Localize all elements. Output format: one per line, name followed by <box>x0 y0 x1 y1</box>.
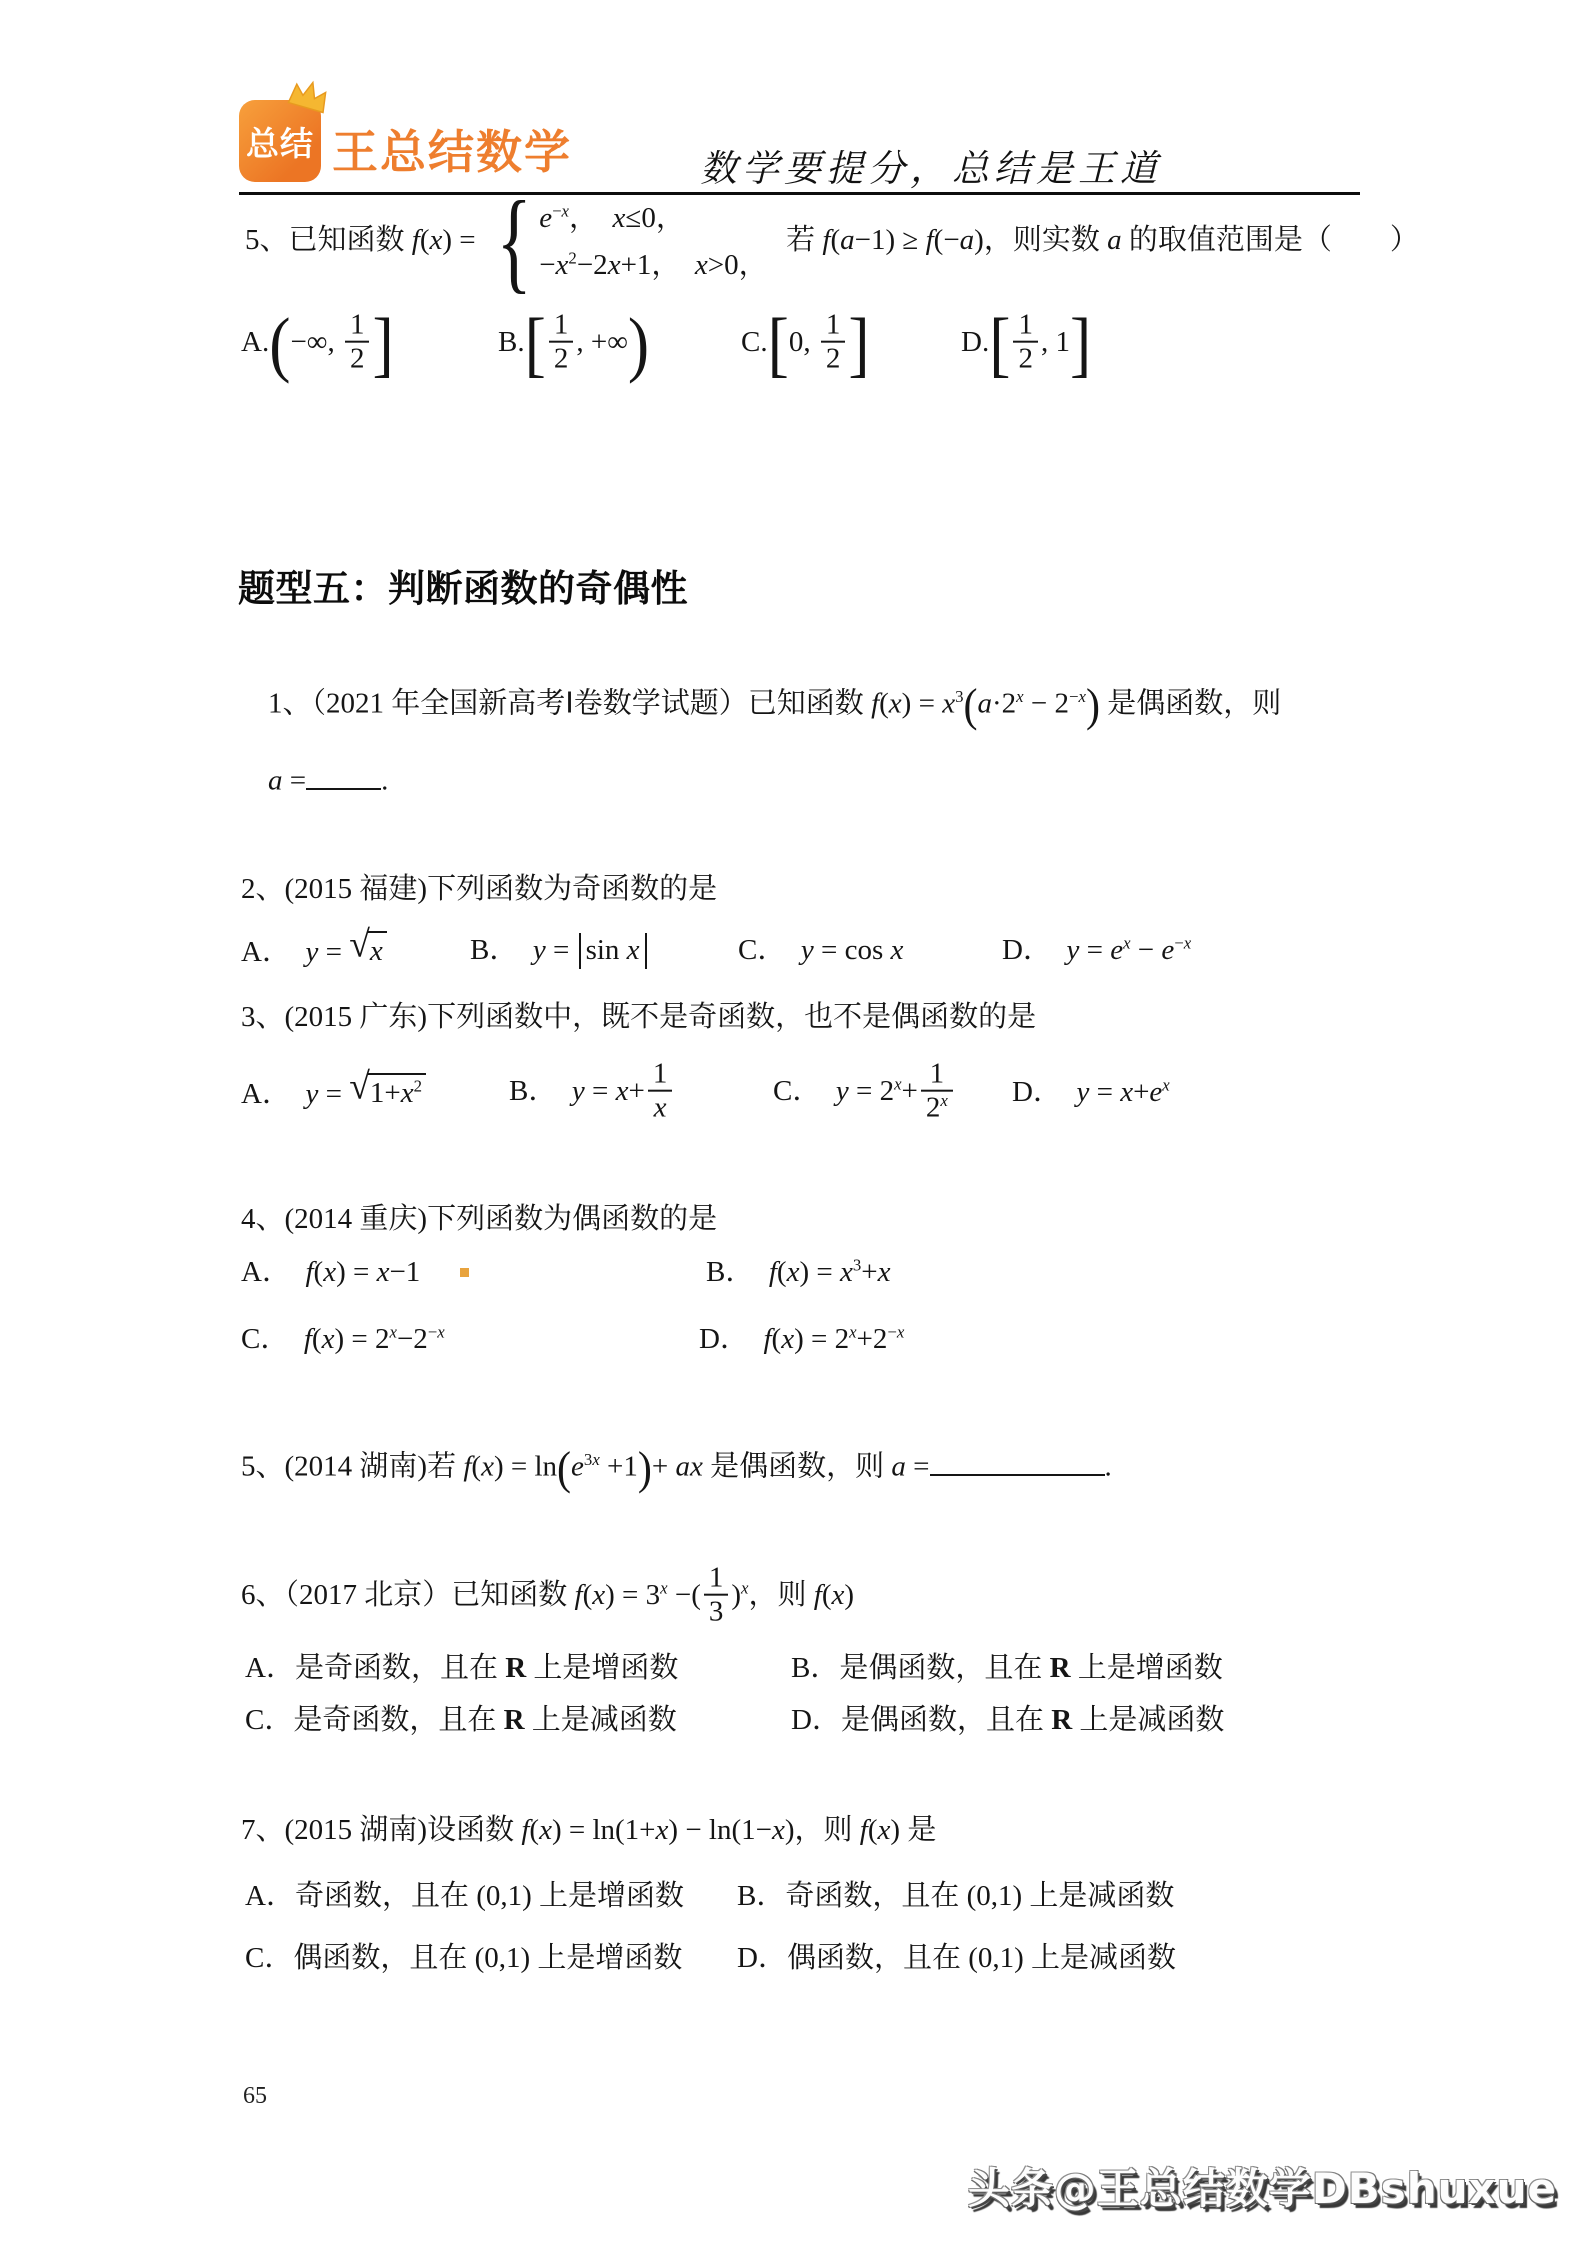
q6-option-c: C．是奇函数，且在 R 上是减函数 <box>245 1702 677 1740</box>
q4-option-c: C． f(x) = 2x−2−x <box>241 1321 445 1359</box>
q1-answer-text: a =. <box>268 758 388 800</box>
q5-piecewise-option-c: C.[0, 12] <box>741 298 870 390</box>
q1-stem: 1、（2021 年全国新高考Ⅰ卷数学试题）已知函数 f(x) = x3(a·2x… <box>268 682 1281 730</box>
q5-piecewise-option-a-text: A.(−∞, 12] <box>241 312 394 377</box>
q7-option-a-text: A．奇函数，且在 (0,1) 上是增函数 <box>245 1878 684 1916</box>
q4-option-b-text: B． f(x) = x3+x <box>706 1254 890 1292</box>
q7-stem: 7、(2015 湖南)设函数 f(x) = ln(1+x) − ln(1−x)，… <box>241 1812 936 1850</box>
q6-stem-text: 6、（2017 北京）已知函数 f(x) = 3x −(13)x，则 f(x) <box>241 1565 854 1630</box>
q7-option-b: B．奇函数，且在 (0,1) 上是减函数 <box>737 1878 1174 1916</box>
worksheet-page: 总结 王总结数学 数学要提分，总结是王道 5、已知函数 f(x) = {e−x，… <box>0 0 1587 2245</box>
q5-piecewise-option-b-text: B.[12, +∞) <box>498 312 649 377</box>
q1-stem-text: 1、（2021 年全国新高考Ⅰ卷数学试题）已知函数 f(x) = x3(a·2x… <box>268 685 1281 727</box>
q7-option-c: C．偶函数，且在 (0,1) 上是增函数 <box>245 1940 682 1978</box>
q7-option-c-text: C．偶函数，且在 (0,1) 上是增函数 <box>245 1940 682 1978</box>
q5-piecewise-option-d: D.[12, 1] <box>961 298 1091 390</box>
q7-option-b-text: B．奇函数，且在 (0,1) 上是减函数 <box>737 1878 1174 1916</box>
q2-option-d: D． y = ex − e−x <box>1002 922 1191 980</box>
q3-option-c: C． y = 2x+12x <box>773 1052 956 1134</box>
q5-piecewise-option-b: B.[12, +∞) <box>498 298 649 390</box>
q5-piecewise-option-a: A.(−∞, 12] <box>241 298 394 390</box>
q4-option-c-text: C． f(x) = 2x−2−x <box>241 1321 445 1359</box>
q2-option-a: A． y = √x <box>241 922 387 980</box>
brand-logo-icon-label: 总结 <box>246 118 314 165</box>
q4-stem: 4、(2014 重庆)下列函数为偶函数的是 <box>241 1201 717 1239</box>
q2-stem-text: 2、(2015 福建)下列函数为奇函数的是 <box>241 871 717 909</box>
q2-option-d-text: D． y = ex − e−x <box>1002 932 1191 970</box>
q3-stem: 3、(2015 广东)下列函数中，既不是奇函数，也不是偶函数的是 <box>241 999 1036 1037</box>
q6-option-a-text: A．是奇函数，且在 R 上是增函数 <box>245 1650 678 1688</box>
q3-option-c-text: C． y = 2x+12x <box>773 1061 956 1126</box>
q7-option-d-text: D．偶函数，且在 (0,1) 上是减函数 <box>737 1940 1176 1978</box>
section-title: 题型五：判断函数的奇偶性 <box>238 558 688 612</box>
q3-option-a: A． y = √1+x2 <box>241 1052 426 1134</box>
brand-logo-wordmark: 王总结数学 <box>332 116 572 182</box>
q4-option-b: B． f(x) = x3+x <box>706 1254 890 1292</box>
q2-option-b-text: B． y = sin x <box>470 932 649 970</box>
watermark-text: 头条@王总结数学DBshuxue <box>968 2156 1557 2216</box>
q4-option-d-text: D． f(x) = 2x+2−x <box>699 1321 904 1359</box>
q4-option-d: D． f(x) = 2x+2−x <box>699 1321 904 1359</box>
q3-option-d: D． y = x+ex <box>1012 1052 1170 1134</box>
q2-option-b: B． y = sin x <box>470 922 649 980</box>
q2-stem: 2、(2015 福建)下列函数为奇函数的是 <box>241 871 717 909</box>
q5-piecewise-stem: 5、已知函数 f(x) = {e−x， x≤0，−x2−2x+1， x>0， 若… <box>245 196 1419 288</box>
q5-piecewise-stem-text: 5、已知函数 f(x) = {e−x， x≤0，−x2−2x+1， x>0， 若… <box>245 196 1419 289</box>
q2-option-c: C． y = cos x <box>738 922 903 980</box>
q3-option-b: B． y = x+1x <box>509 1052 675 1134</box>
q6-option-d: D．是偶函数，且在 R 上是减函数 <box>791 1702 1224 1740</box>
q6-option-b-text: B．是偶函数，且在 R 上是增函数 <box>791 1650 1223 1688</box>
q5-ln-stem: 5、(2014 湖南)若 f(x) = ln(e3x +1)+ ax 是偶函数，… <box>241 1436 1112 1498</box>
q3-option-a-text: A． y = √1+x2 <box>241 1073 426 1114</box>
q7-stem-text: 7、(2015 湖南)设函数 f(x) = ln(1+x) − ln(1−x)，… <box>241 1812 936 1850</box>
q6-stem: 6、（2017 北京）已知函数 f(x) = 3x −(13)x，则 f(x) <box>241 1550 854 1644</box>
header-divider <box>239 192 1360 195</box>
q6-option-c-text: C．是奇函数，且在 R 上是减函数 <box>245 1702 677 1740</box>
q5-piecewise-option-d-text: D.[12, 1] <box>961 312 1091 377</box>
q7-option-a: A．奇函数，且在 (0,1) 上是增函数 <box>245 1878 684 1916</box>
q6-option-d-text: D．是偶函数，且在 R 上是减函数 <box>791 1702 1224 1740</box>
q6-option-b: B．是偶函数，且在 R 上是增函数 <box>791 1650 1223 1688</box>
q3-stem-text: 3、(2015 广东)下列函数中，既不是奇函数，也不是偶函数的是 <box>241 999 1036 1037</box>
q5-ln-stem-text: 5、(2014 湖南)若 f(x) = ln(e3x +1)+ ax 是偶函数，… <box>241 1444 1112 1490</box>
q2-option-c-text: C． y = cos x <box>738 932 903 970</box>
q6-option-a: A．是奇函数，且在 R 上是增函数 <box>245 1650 678 1688</box>
q4-option-a: A． f(x) = x−1 <box>241 1254 469 1292</box>
answer-mark-dot <box>460 1268 469 1277</box>
brand-tagline: 数学要提分，总结是王道 <box>700 138 1162 192</box>
q5-piecewise-option-c-text: C.[0, 12] <box>741 312 870 377</box>
q7-option-d: D．偶函数，且在 (0,1) 上是减函数 <box>737 1940 1176 1978</box>
page-number: 65 <box>243 2083 267 2110</box>
q1-answer-line: a =. <box>268 758 388 800</box>
q3-option-b-text: B． y = x+1x <box>509 1061 675 1126</box>
q4-stem-text: 4、(2014 重庆)下列函数为偶函数的是 <box>241 1201 717 1239</box>
q3-option-d-text: D． y = x+ex <box>1012 1074 1170 1112</box>
q4-option-a-text: A． f(x) = x−1 <box>241 1254 420 1292</box>
q2-option-a-text: A． y = √x <box>241 931 387 972</box>
